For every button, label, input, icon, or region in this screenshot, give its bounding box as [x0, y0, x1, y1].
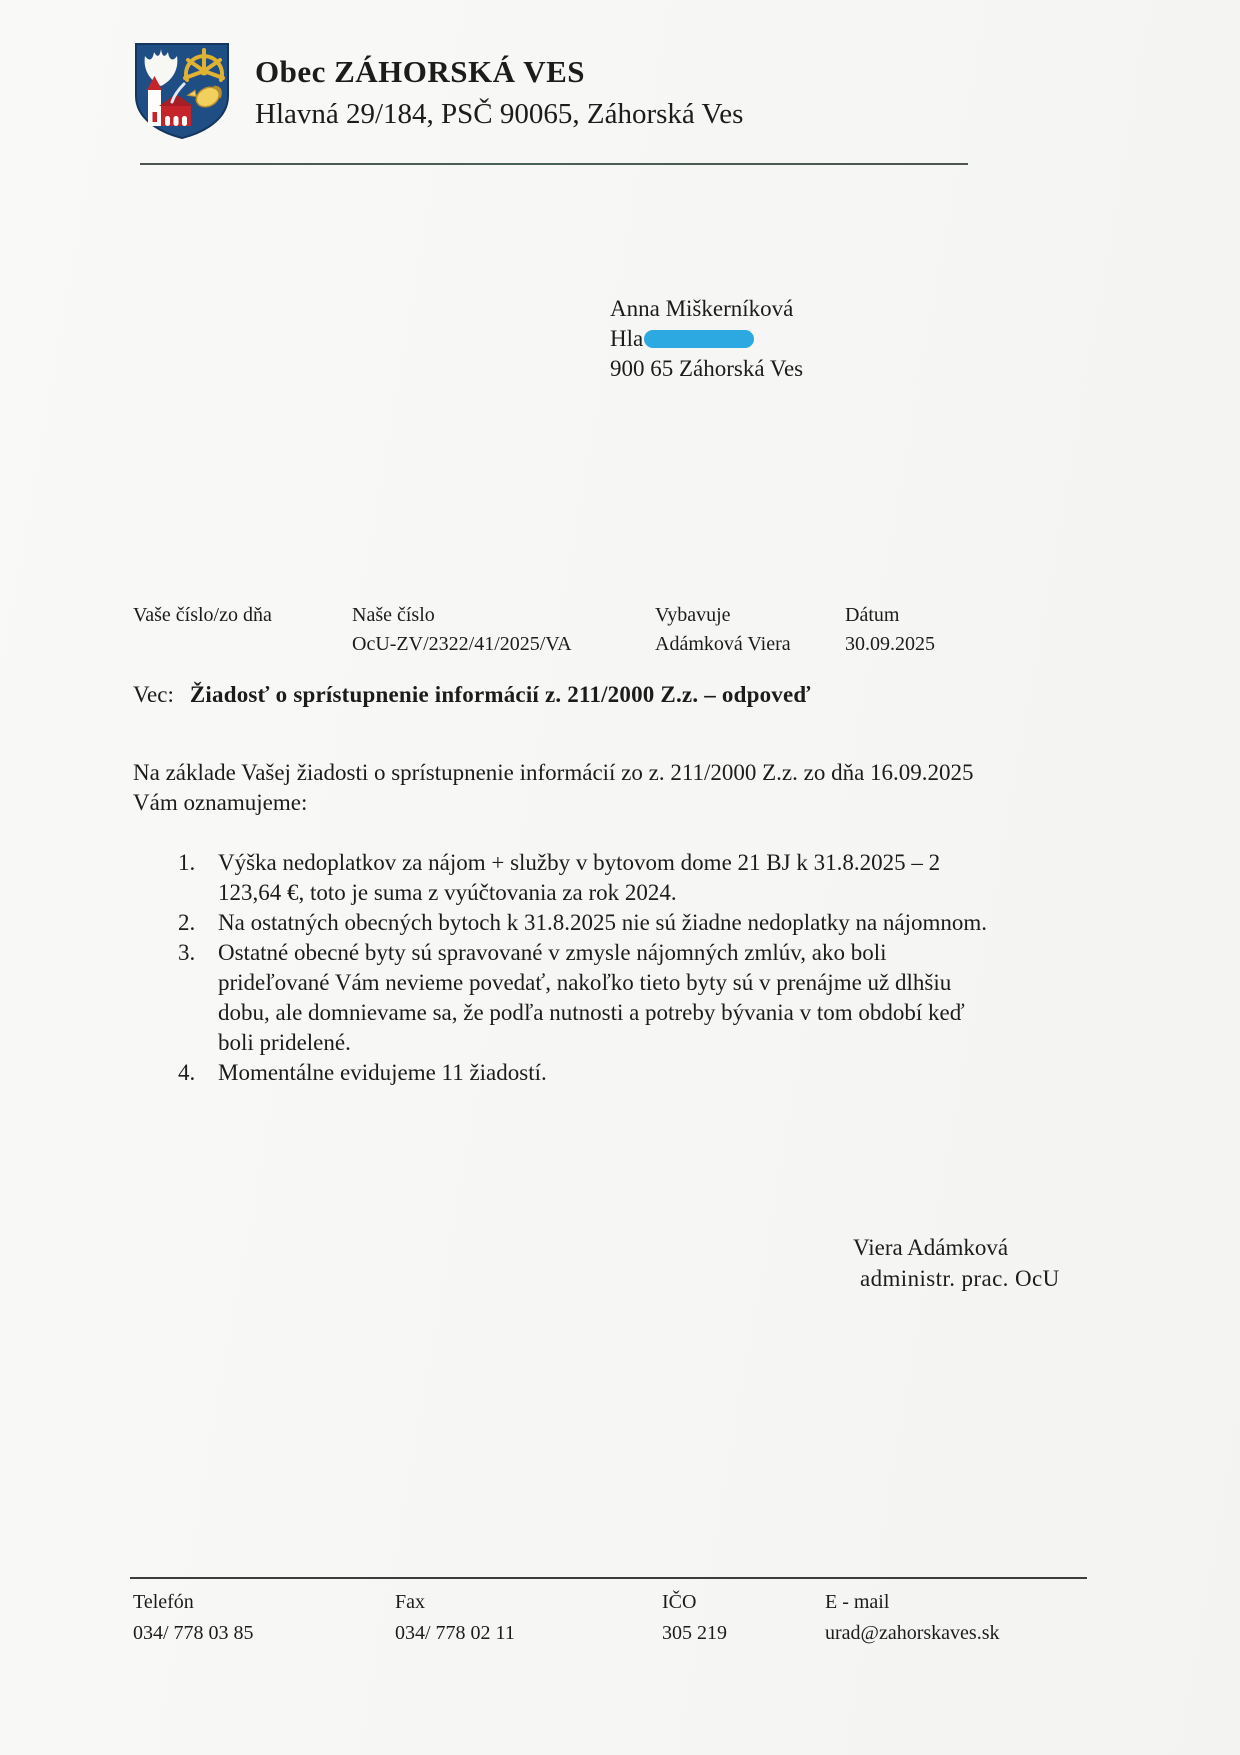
- list-item-text: Ostatné obecné byty sú spravované v zmys…: [218, 938, 998, 1058]
- footer-divider: [130, 1577, 1087, 1579]
- list-item-text: Výška nedoplatkov za nájom + služby v by…: [218, 848, 998, 908]
- list-item: 2. Na ostatných obecných bytoch k 31.8.2…: [178, 908, 998, 938]
- signer-title: administr. prac. OcU: [860, 1263, 1060, 1294]
- subject-prefix: Vec:: [133, 682, 174, 707]
- footer-value: urad@zahorskaves.sk: [825, 1619, 999, 1647]
- municipality-coat-of-arms-icon: [128, 38, 236, 142]
- ref-date: Dátum 30.09.2025: [845, 601, 935, 658]
- footer-ico: IČO 305 219: [662, 1588, 727, 1647]
- list-item: 3. Ostatné obecné byty sú spravované v z…: [178, 938, 998, 1058]
- list-item-text: Momentálne evidujeme 11 žiadostí.: [218, 1058, 998, 1088]
- list-item-number: 2.: [178, 908, 218, 938]
- ref-our-number: Naše číslo OcU-ZV/2322/41/2025/VA: [352, 601, 572, 658]
- recipient-address-block: Anna Miškerníková Hla 900 65 Záhorská Ve…: [610, 294, 803, 384]
- footer-label: IČO: [662, 1588, 727, 1616]
- org-address: Hlavná 29/184, PSČ 90065, Záhorská Ves: [255, 96, 743, 133]
- ref-your-number: Vaše číslo/zo dňa: [133, 601, 272, 630]
- list-item: 1. Výška nedoplatkov za nájom + služby v…: [178, 848, 998, 908]
- header-divider: [140, 163, 968, 165]
- recipient-street-prefix: Hla: [610, 326, 643, 351]
- footer-value: 034/ 778 02 11: [395, 1619, 515, 1647]
- body-intro-paragraph: Na základe Vašej žiadosti o sprístupneni…: [133, 758, 993, 818]
- ref-label: Naše číslo: [352, 601, 572, 629]
- footer-label: Telefón: [133, 1588, 254, 1616]
- list-item-text: Na ostatných obecných bytoch k 31.8.2025…: [218, 908, 998, 938]
- ref-label: Vaše číslo/zo dňa: [133, 601, 272, 629]
- ref-value: Adámková Viera: [655, 630, 791, 658]
- footer-value: 034/ 778 03 85: [133, 1619, 254, 1647]
- subject-line: Vec:Žiadosť o sprístupnenie informácií z…: [133, 682, 810, 708]
- footer-label: Fax: [395, 1588, 515, 1616]
- recipient-name: Anna Miškerníková: [610, 294, 803, 324]
- ref-value: 30.09.2025: [845, 630, 935, 658]
- list-item: 4. Momentálne evidujeme 11 žiadostí.: [178, 1058, 998, 1088]
- ref-value: OcU-ZV/2322/41/2025/VA: [352, 630, 572, 658]
- list-item-number: 3.: [178, 938, 218, 1058]
- redaction-overlay: [644, 330, 754, 348]
- footer-phone: Telefón 034/ 778 03 85: [133, 1588, 254, 1647]
- ref-handled-by: Vybavuje Adámková Viera: [655, 601, 791, 658]
- numbered-list: 1. Výška nedoplatkov za nájom + služby v…: [178, 848, 998, 1088]
- ref-label: Vybavuje: [655, 601, 791, 629]
- list-item-number: 1.: [178, 848, 218, 908]
- subject-text: Žiadosť o sprístupnenie informácií z. 21…: [190, 682, 811, 707]
- footer-label: E - mail: [825, 1588, 999, 1616]
- sender-identity: Obec ZÁHORSKÁ VES Hlavná 29/184, PSČ 900…: [255, 52, 743, 133]
- recipient-city: 900 65 Záhorská Ves: [610, 354, 803, 384]
- recipient-street-line: Hla: [610, 324, 803, 354]
- scanned-letter-page: Obec ZÁHORSKÁ VES Hlavná 29/184, PSČ 900…: [0, 0, 1240, 1755]
- footer-fax: Fax 034/ 778 02 11: [395, 1588, 515, 1647]
- footer-value: 305 219: [662, 1619, 727, 1647]
- footer-email: E - mail urad@zahorskaves.sk: [825, 1588, 999, 1647]
- list-item-number: 4.: [178, 1058, 218, 1088]
- org-name: Obec ZÁHORSKÁ VES: [255, 52, 743, 92]
- signature-block: Viera Adámková administr. prac. OcU: [853, 1232, 1060, 1294]
- signer-name: Viera Adámková: [853, 1232, 1060, 1263]
- ref-label: Dátum: [845, 601, 935, 629]
